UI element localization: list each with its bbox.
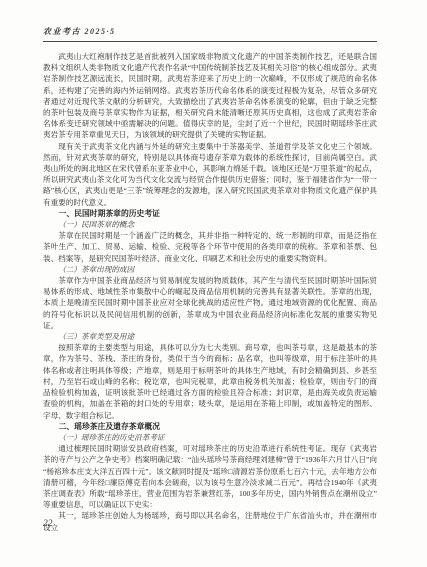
section-heading-1: 一、民国时期茶章的历史考证 (43, 208, 377, 219)
journal-running-head: 农业考古 2025·5 (43, 26, 116, 37)
subsection-heading-1-1: （一）民国茶章的概念 (43, 219, 377, 230)
paragraph-fact-one: 其一，瑶珍茶庄创始人为杨瑶珍，商号即以其名命名，注册地位于广东省汕头市，并在潮州… (43, 510, 377, 532)
article-body: 武夷山大红袍制作技艺是首批被列入国家级非物质文化遗产的中国茶类制作技艺，还是联合… (43, 51, 377, 533)
paragraph-intro-1: 武夷山大红袍制作技艺是首批被列入国家级非物质文化遗产的中国茶类制作技艺，还是联合… (43, 51, 377, 141)
page-number: 22 (43, 519, 53, 529)
subsection-heading-1-2: （二）茶章出现的成因 (43, 264, 377, 275)
paragraph-types: 按照茶章的主要类型与用途，具体可以分为七大类别。商号章，也叫茶号章，这是最基本的… (43, 342, 377, 420)
paragraph-concept: 茶章在民国时期是一个涵盖广泛的概念，其并非指一种特定的、统一形制的印章，而是泛指… (43, 230, 377, 264)
subsection-heading-2-1: （一）瑶珍茶庄的历史沿革考证 (43, 432, 377, 443)
section-heading-2: 二、瑶珍茶庄及遗存茶章概况 (43, 421, 377, 432)
subsection-heading-1-3: （三）茶章类型及用途 (43, 331, 377, 342)
paragraph-archive-evidence: 通过梳理民国时期崇安县政府档案，可对瑶珍茶庄的历史沿革进行系统性考证。现存《武夷… (43, 443, 377, 510)
paragraph-origin: 茶章作为中国茶业商品经济与贸易制度发展的物质载体，其产生与清代至民国时期茶叶国际… (43, 275, 377, 331)
journal-page: 农业考古 2025·5 武夷山大红袍制作技艺是首批被列入国家级非物质文化遗产的中… (0, 0, 427, 567)
paragraph-intro-2: 现有关于武夷茶文化内涵与外延的研究主要集中于茶器美学、茶道哲学及茶文化史三个领域… (43, 141, 377, 208)
header-rule (43, 41, 377, 42)
